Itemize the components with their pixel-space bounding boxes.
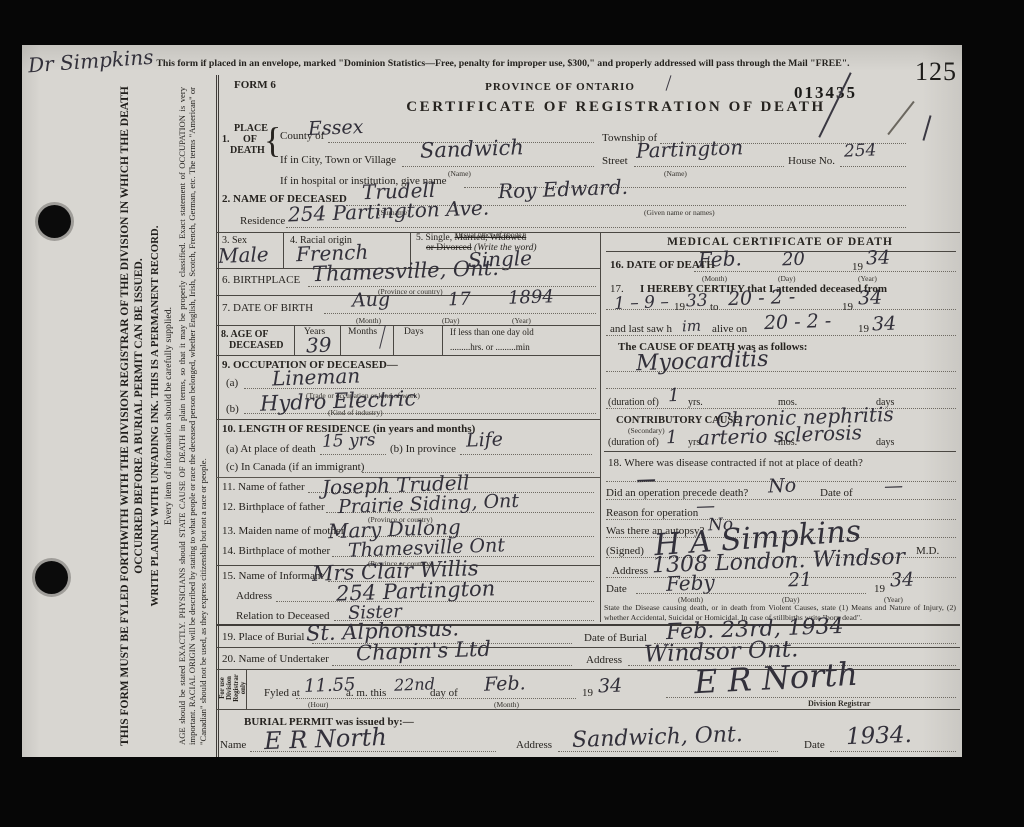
dur2-mos: mos. [778, 437, 797, 448]
cell-divider [340, 325, 341, 355]
f8-hrs-min: .........hrs. or .........min [450, 342, 530, 352]
dotted-line [606, 388, 956, 389]
f3-value: Male [218, 242, 269, 268]
f17-from: 1 – 9 – [614, 292, 670, 314]
column-divider [600, 232, 601, 622]
bp-name-label: Name [220, 739, 246, 751]
scanned-document-viewport: Dr Simpkins This form if placed in an en… [0, 0, 1024, 827]
f8-days-label: Days [404, 327, 424, 337]
rule [216, 709, 960, 710]
f1-brace: { [264, 119, 281, 161]
f17-from-year: 33 [686, 291, 708, 312]
sidebar-instructions: THIS FORM MUST BE FYLED FORTHWITH WITH T… [118, 81, 216, 751]
f10-c-label: (c) In Canada (if an immigrant) [226, 461, 364, 473]
med-date-label: Date [606, 583, 627, 595]
f9-b-sub: (Kind of industry) [328, 408, 383, 417]
f16-day: 20 [782, 249, 806, 271]
f10-a-label: (a) At place of death [226, 443, 316, 455]
dur1-yrs: yrs. [688, 397, 703, 408]
form-number: FORM 6 [234, 79, 276, 91]
med-date-19: 19 [874, 583, 885, 595]
med-date-year: 34 [890, 569, 915, 592]
med-date-day: 21 [788, 569, 813, 592]
f20-address-label: Address [586, 654, 622, 666]
f7-year-sub: (Year) [512, 316, 531, 325]
f5-label-b: or Divorced [426, 243, 472, 253]
f1-word-place: PLACE [234, 123, 268, 134]
f14-label: 14. Birthplace of mother [222, 545, 330, 557]
date-of-label: Date of [820, 487, 853, 499]
f8-months-label: Months [348, 327, 377, 337]
dotted-line [402, 166, 594, 167]
f17-alive: alive on [712, 323, 747, 335]
f1-street-label: Street [602, 155, 628, 167]
f17-to-year: 34 [858, 287, 883, 310]
f17-alive-date: 20 - 2 - [764, 310, 832, 334]
fyled-month-sub: (Month) [494, 700, 519, 709]
pen-mark [922, 115, 931, 141]
f17-last: and last saw h [610, 323, 672, 335]
medical-title: MEDICAL CERTIFICATE OF DEATH [620, 236, 940, 248]
f7-label: 7. DATE OF BIRTH [222, 302, 313, 314]
punch-hole-bottom [35, 561, 68, 594]
f6-value: Thamesville, Ont. [312, 256, 500, 287]
f1-city-sub: (Name) [448, 169, 471, 178]
f9-a-value: Lineman [272, 363, 361, 390]
punch-hole-top [38, 205, 71, 238]
f7-year: 1894 [508, 286, 555, 309]
dotted-line [636, 593, 866, 594]
dur1-value: 1 [668, 385, 680, 406]
f1-city-label: If in City, Town or Village [280, 154, 396, 166]
operation-label: Did an operation precede death? [606, 487, 748, 499]
f17-alive-year: 34 [872, 313, 897, 336]
bp-address-value: Sandwich, Ont. [572, 722, 744, 753]
f8-hrs-label: hrs. or [470, 342, 493, 352]
rule [216, 419, 600, 420]
fyled-19: 19 [582, 687, 593, 699]
f16-19: 19 [852, 261, 863, 273]
cell-divider [294, 325, 295, 355]
f8-min-label: min [516, 342, 530, 352]
dotted-line [830, 751, 956, 752]
reason-value: — [696, 495, 716, 518]
f16-year: 34 [866, 247, 891, 270]
f2-given-sub: (Given name or names) [644, 208, 715, 217]
med-date-month: Feby [666, 570, 716, 596]
cell-divider [393, 325, 394, 355]
dotted-line [324, 313, 596, 314]
rule [604, 451, 956, 452]
province-heading: PROVINCE OF ONTARIO [460, 81, 660, 93]
f8-years-value: 39 [306, 333, 332, 358]
f5-label-struck1: Married, Widowed [455, 233, 527, 243]
f8-less-label: If less than one day old [450, 327, 534, 337]
bp-name-value: E R North [264, 723, 388, 755]
dur1-label: (duration of) [608, 397, 659, 408]
f16-day-sub: (Day) [778, 274, 796, 283]
rule [216, 325, 600, 326]
signed-label: (Signed) [606, 545, 644, 557]
dotted-line [606, 499, 956, 500]
fyled-month: Feb. [484, 672, 526, 695]
f15-label: 15. Name of Informant [222, 570, 323, 582]
dotted-line [606, 335, 956, 336]
date-of-value: — [884, 475, 904, 498]
f20-value: Chapin's Ltd [356, 637, 492, 666]
md-label: M.D. [916, 545, 939, 557]
f1-street-sub: (Name) [664, 169, 687, 178]
f5-label-struck2: Divorced [436, 243, 471, 253]
f8-label2: DECEASED [229, 340, 283, 351]
dotted-line [332, 665, 572, 666]
pen-mark [379, 325, 386, 349]
dur2-label: (duration of) [608, 437, 659, 448]
dotted-line [286, 227, 906, 228]
f1-word-of: OF [243, 134, 257, 145]
pen-mark [666, 75, 672, 91]
division-registrar-label: Division Registrar [808, 699, 870, 708]
f1-street-value: Partington [636, 135, 744, 163]
sidebar-line-1: THIS FORM MUST BE FYLED FORTHWITH WITH T… [118, 81, 146, 751]
dotted-line [320, 454, 386, 455]
f16-month-sub: (Month) [702, 274, 727, 283]
f19-date-label: Date of Burial [584, 632, 647, 644]
dotted-line [694, 271, 956, 272]
dotted-line [840, 166, 906, 167]
f11-label: 11. Name of father [222, 481, 305, 493]
dotted-line [296, 698, 576, 699]
f17-to: 20 - 2 - [728, 286, 796, 310]
f7-month-sub: (Month) [356, 316, 381, 325]
f6-label: 6. BIRTHPLACE [222, 274, 300, 286]
f1-county-value: Essex [308, 116, 364, 140]
fyled-label: Fyled at [264, 687, 300, 699]
fyled-day: 22nd [394, 674, 436, 694]
f1-house-value: 254 [844, 140, 877, 161]
f17-from-19: 19 [674, 301, 685, 313]
sidebar-line-3: Every item of information should be care… [163, 81, 174, 751]
bp-date-label: Date [804, 739, 825, 751]
registrar-box-line1: For use [219, 666, 226, 710]
operation-value: No [768, 475, 797, 498]
mail-notice: This form if placed in an envelope, mark… [74, 58, 932, 69]
fyled-year: 34 [598, 675, 623, 698]
registrar-box-line3: Registrar [233, 666, 240, 710]
f16-year-sub: (Year) [858, 274, 877, 283]
contrib-sub: (Secondary) [628, 426, 665, 435]
dur2-value: 1 [666, 427, 678, 448]
certificate-title: CERTIFICATE OF REGISTRATION OF DEATH [336, 99, 896, 116]
f1-word-death: DEATH [230, 145, 265, 156]
f9-b-no: (b) [226, 403, 239, 415]
registration-form: FORM 6 PROVINCE OF ONTARIO 013435 CERTIF… [216, 75, 962, 757]
f10-b-value: Life [466, 428, 504, 451]
dur2-days: days [876, 437, 894, 448]
bp-date-value: 1934. [846, 722, 913, 750]
dotted-line [666, 697, 956, 698]
certificate-paper: Dr Simpkins This form if placed in an en… [22, 45, 962, 757]
f5-label-a: 5. Single, [416, 233, 452, 243]
f15-relation-label: Relation to Deceased [236, 610, 329, 622]
dotted-line [634, 166, 784, 167]
sidebar-line-2: WRITE PLAINLY WITH UNFADING INK. THIS IS… [149, 81, 161, 751]
registrar-box-line4: only [240, 666, 247, 710]
f1-city-value: Sandwich [420, 135, 525, 163]
f1-number: 1. [222, 134, 230, 145]
f10-b-label: (b) In province [390, 443, 456, 455]
f15-address-label: Address [236, 590, 272, 602]
f19-label: 19. Place of Burial [222, 631, 304, 643]
rule [216, 647, 960, 648]
f7-day-sub: (Day) [442, 316, 460, 325]
registrar-box-label: For use Division Registrar only [219, 666, 249, 710]
registrar-signature: E R North [693, 655, 859, 702]
med-address-label: Address [612, 565, 648, 577]
dotted-line [460, 454, 592, 455]
f16-month: Feb. [698, 246, 743, 272]
f13-label: 13. Maiden name of mother [222, 525, 345, 537]
f17-alive-19: 19 [858, 323, 869, 335]
form-left-border [216, 75, 219, 757]
f9-a-no: (a) [226, 377, 238, 389]
f1-house-label: House No. [788, 155, 835, 167]
f17-him: im [682, 317, 702, 336]
fyled-hour-sub: (Hour) [308, 700, 328, 709]
bp-address-label: Address [516, 739, 552, 751]
f17-to-19: 19 [842, 301, 853, 313]
f5-label-line1: 5. Single, Married, Widowed [416, 233, 526, 243]
f2-residence-label: Residence [240, 215, 285, 227]
dotted-line [606, 371, 956, 372]
registrar-box-line2: Division [226, 666, 233, 710]
f12-label: 12. Birthplace of father [222, 501, 325, 513]
f10-a-value: 15 yrs [322, 430, 376, 452]
cell-divider [283, 232, 284, 268]
f20-label: 20. Name of Undertaker [222, 653, 329, 665]
f8-label1: 8. AGE OF [221, 329, 269, 340]
dur2-yrs: yrs. [688, 437, 703, 448]
rule [216, 355, 600, 356]
f7-day: 17 [448, 289, 472, 311]
reason-label: Reason for operation [606, 507, 698, 519]
f17-to-word: to [710, 301, 719, 313]
f7-month: Aug [352, 288, 391, 311]
rule [216, 232, 960, 233]
sidebar-line-4: AGE should be stated EXACTLY. PHYSICIANS… [177, 81, 208, 751]
f2-given-value: Roy Edward. [498, 175, 629, 204]
cell-divider [442, 325, 443, 355]
